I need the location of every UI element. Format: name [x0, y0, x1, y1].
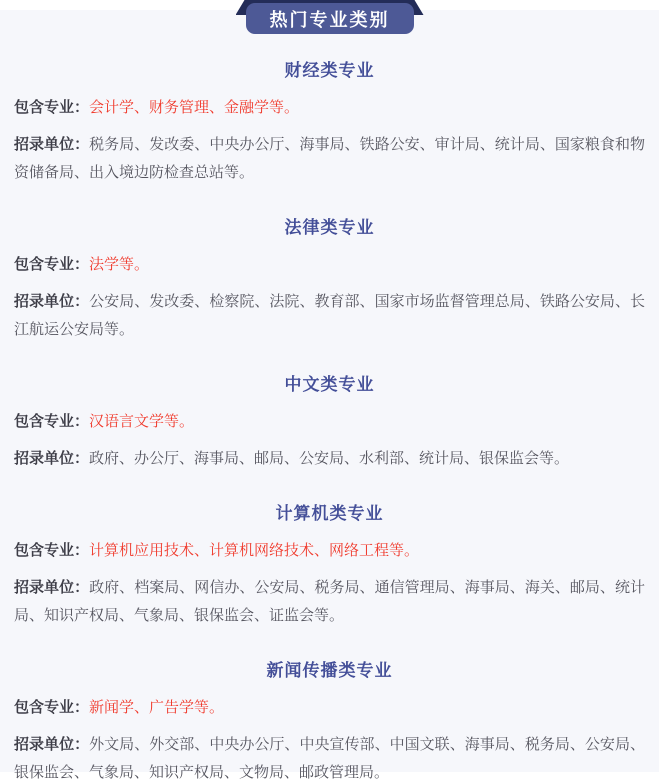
units-label: 招录单位： — [14, 450, 89, 467]
units-label: 招录单位： — [14, 579, 89, 596]
section-title-text: 法律类专业 — [285, 218, 375, 237]
page: 热门专业类别 财经类专业 包含专业：会计学、财务管理、金融学等。 招录单位：税务… — [0, 0, 659, 783]
units-value: 税务局、发改委、中央办公厅、海事局、铁路公安、审计局、统计局、国家粮食和物资储备… — [14, 136, 645, 181]
section-finance: 财经类专业 包含专业：会计学、财务管理、金融学等。 招录单位：税务局、发改委、中… — [0, 56, 659, 187]
majors-paragraph: 包含专业：新闻学、广告学等。 — [14, 694, 645, 722]
majors-paragraph: 包含专业：法学等。 — [14, 251, 645, 279]
majors-value: 法学等。 — [89, 256, 149, 273]
units-paragraph: 招录单位：外文局、外交部、中央办公厅、中央宣传部、中国文联、海事局、税务局、公安… — [14, 731, 645, 783]
majors-paragraph: 包含专业：汉语言文学等。 — [14, 408, 645, 436]
majors-label: 包含专业： — [14, 542, 89, 559]
majors-value: 计算机应用技术、计算机网络技术、网络工程等。 — [89, 542, 419, 559]
majors-value: 汉语言文学等。 — [89, 413, 194, 430]
section-title: 法律类专业 — [285, 213, 375, 238]
section-title: 中文类专业 — [285, 370, 375, 395]
section-title-text: 财经类专业 — [285, 61, 375, 80]
majors-label: 包含专业： — [14, 99, 89, 116]
units-paragraph: 招录单位：政府、档案局、网信办、公安局、税务局、通信管理局、海事局、海关、邮局、… — [14, 574, 645, 630]
banner-ribbon: 热门专业类别 — [246, 0, 414, 34]
section-title-text: 中文类专业 — [285, 375, 375, 394]
section-title: 财经类专业 — [285, 56, 375, 81]
units-value: 公安局、发改委、检察院、法院、教育部、国家市场监督管理总局、铁路公安局、长江航运… — [14, 293, 645, 338]
section-title-text: 计算机类专业 — [276, 504, 384, 523]
units-label: 招录单位： — [14, 736, 89, 753]
units-label: 招录单位： — [14, 293, 89, 310]
majors-label: 包含专业： — [14, 413, 89, 430]
section-law: 法律类专业 包含专业：法学等。 招录单位：公安局、发改委、检察院、法院、教育部、… — [0, 213, 659, 344]
sections-list: 财经类专业 包含专业：会计学、财务管理、金融学等。 招录单位：税务局、发改委、中… — [0, 0, 659, 783]
section-journalism: 新闻传播类专业 包含专业：新闻学、广告学等。 招录单位：外文局、外交部、中央办公… — [0, 656, 659, 783]
units-value: 政府、办公厅、海事局、邮局、公安局、水利部、统计局、银保监会等。 — [89, 450, 569, 467]
majors-value: 新闻学、广告学等。 — [89, 699, 224, 716]
units-paragraph: 招录单位：政府、办公厅、海事局、邮局、公安局、水利部、统计局、银保监会等。 — [14, 445, 645, 473]
section-title-text: 新闻传播类专业 — [267, 661, 393, 680]
units-paragraph: 招录单位：公安局、发改委、检察院、法院、教育部、国家市场监督管理总局、铁路公安局… — [14, 288, 645, 344]
units-paragraph: 招录单位：税务局、发改委、中央办公厅、海事局、铁路公安、审计局、统计局、国家粮食… — [14, 131, 645, 187]
majors-label: 包含专业： — [14, 699, 89, 716]
majors-paragraph: 包含专业：会计学、财务管理、金融学等。 — [14, 94, 645, 122]
units-value: 政府、档案局、网信办、公安局、税务局、通信管理局、海事局、海关、邮局、统计局、知… — [14, 579, 645, 624]
banner-title: 热门专业类别 — [246, 3, 414, 34]
majors-label: 包含专业： — [14, 256, 89, 273]
section-title: 计算机类专业 — [276, 499, 384, 524]
section-chinese: 中文类专业 包含专业：汉语言文学等。 招录单位：政府、办公厅、海事局、邮局、公安… — [0, 370, 659, 473]
units-label: 招录单位： — [14, 136, 89, 153]
section-title: 新闻传播类专业 — [267, 656, 393, 681]
majors-paragraph: 包含专业：计算机应用技术、计算机网络技术、网络工程等。 — [14, 537, 645, 565]
majors-value: 会计学、财务管理、金融学等。 — [89, 99, 299, 116]
section-computer: 计算机类专业 包含专业：计算机应用技术、计算机网络技术、网络工程等。 招录单位：… — [0, 499, 659, 630]
units-value: 外文局、外交部、中央办公厅、中央宣传部、中国文联、海事局、税务局、公安局、银保监… — [14, 736, 645, 781]
